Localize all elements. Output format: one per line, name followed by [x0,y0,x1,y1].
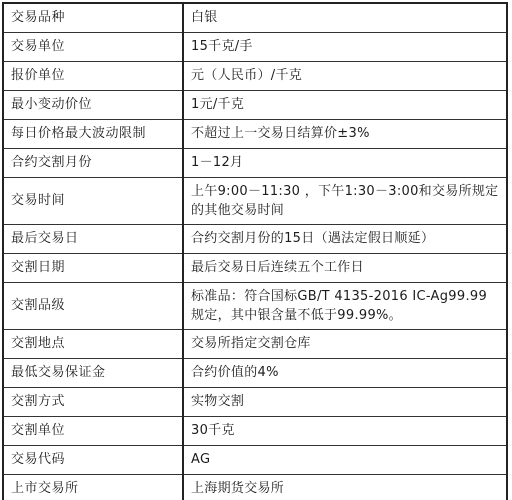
spec-value-cell: AG [183,445,507,474]
spec-label-cell: 交割地点 [3,329,183,358]
spec-value-cell: 合约交割月份的15日（遇法定假日顺延） [183,224,507,253]
spec-label-cell: 最后交易日 [3,224,183,253]
table-row: 最低交易保证金 合约价值的4% [3,358,507,387]
spec-label-cell: 交割品级 [3,282,183,329]
table-row: 交易代码 AG [3,445,507,474]
spec-value-cell: 1元/千克 [183,90,507,119]
table-row: 每日价格最大波动限制 不超过上一交易日结算价±3% [3,119,507,148]
spec-label-cell: 交易品种 [3,3,183,32]
spec-value-cell: 不超过上一交易日结算价±3% [183,119,507,148]
spec-label-cell: 每日价格最大波动限制 [3,119,183,148]
page: 交易品种 白银 交易单位 15千克/手 报价单位 元（人民币）/千克 最小变动价… [0,0,512,500]
table-row: 交易单位 15千克/手 [3,32,507,61]
spec-table-body: 交易品种 白银 交易单位 15千克/手 报价单位 元（人民币）/千克 最小变动价… [3,3,507,500]
table-row: 交易时间 上午9:00－11:30 ，下午1:30－3:00和交易所规定的其他交… [3,177,507,224]
table-row: 合约交割月份 1－12月 [3,148,507,177]
futures-spec-table: 交易品种 白银 交易单位 15千克/手 报价单位 元（人民币）/千克 最小变动价… [2,2,508,500]
spec-label-cell: 交割日期 [3,253,183,282]
table-row: 交割方式 实物交割 [3,387,507,416]
spec-label-cell: 交割单位 [3,416,183,445]
table-row: 交割单位 30千克 [3,416,507,445]
spec-value-cell: 最后交易日后连续五个工作日 [183,253,507,282]
table-row: 最小变动价位 1元/千克 [3,90,507,119]
spec-label-cell: 交易时间 [3,177,183,224]
spec-label-cell: 交割方式 [3,387,183,416]
spec-value-cell: 元（人民币）/千克 [183,61,507,90]
spec-value-cell: 白银 [183,3,507,32]
table-row: 上市交易所 上海期货交易所 [3,474,507,500]
table-row: 交割品级 标准品：符合国标GB/T 4135-2016 IC-Ag99.99规定… [3,282,507,329]
spec-value-cell: 上午9:00－11:30 ，下午1:30－3:00和交易所规定的其他交易时间 [183,177,507,224]
spec-value-cell: 15千克/手 [183,32,507,61]
spec-label-cell: 报价单位 [3,61,183,90]
spec-value-cell: 实物交割 [183,387,507,416]
table-row: 报价单位 元（人民币）/千克 [3,61,507,90]
table-row: 交割地点 交易所指定交割仓库 [3,329,507,358]
spec-value-cell: 1－12月 [183,148,507,177]
spec-value-cell: 上海期货交易所 [183,474,507,500]
spec-label-cell: 上市交易所 [3,474,183,500]
table-row: 最后交易日 合约交割月份的15日（遇法定假日顺延） [3,224,507,253]
spec-value-cell: 30千克 [183,416,507,445]
table-row: 交割日期 最后交易日后连续五个工作日 [3,253,507,282]
spec-value-cell: 合约价值的4% [183,358,507,387]
spec-value-cell: 交易所指定交割仓库 [183,329,507,358]
spec-value-cell: 标准品：符合国标GB/T 4135-2016 IC-Ag99.99规定，其中银含… [183,282,507,329]
spec-label-cell: 交易单位 [3,32,183,61]
spec-label-cell: 最小变动价位 [3,90,183,119]
spec-label-cell: 合约交割月份 [3,148,183,177]
spec-label-cell: 交易代码 [3,445,183,474]
table-row: 交易品种 白银 [3,3,507,32]
spec-label-cell: 最低交易保证金 [3,358,183,387]
